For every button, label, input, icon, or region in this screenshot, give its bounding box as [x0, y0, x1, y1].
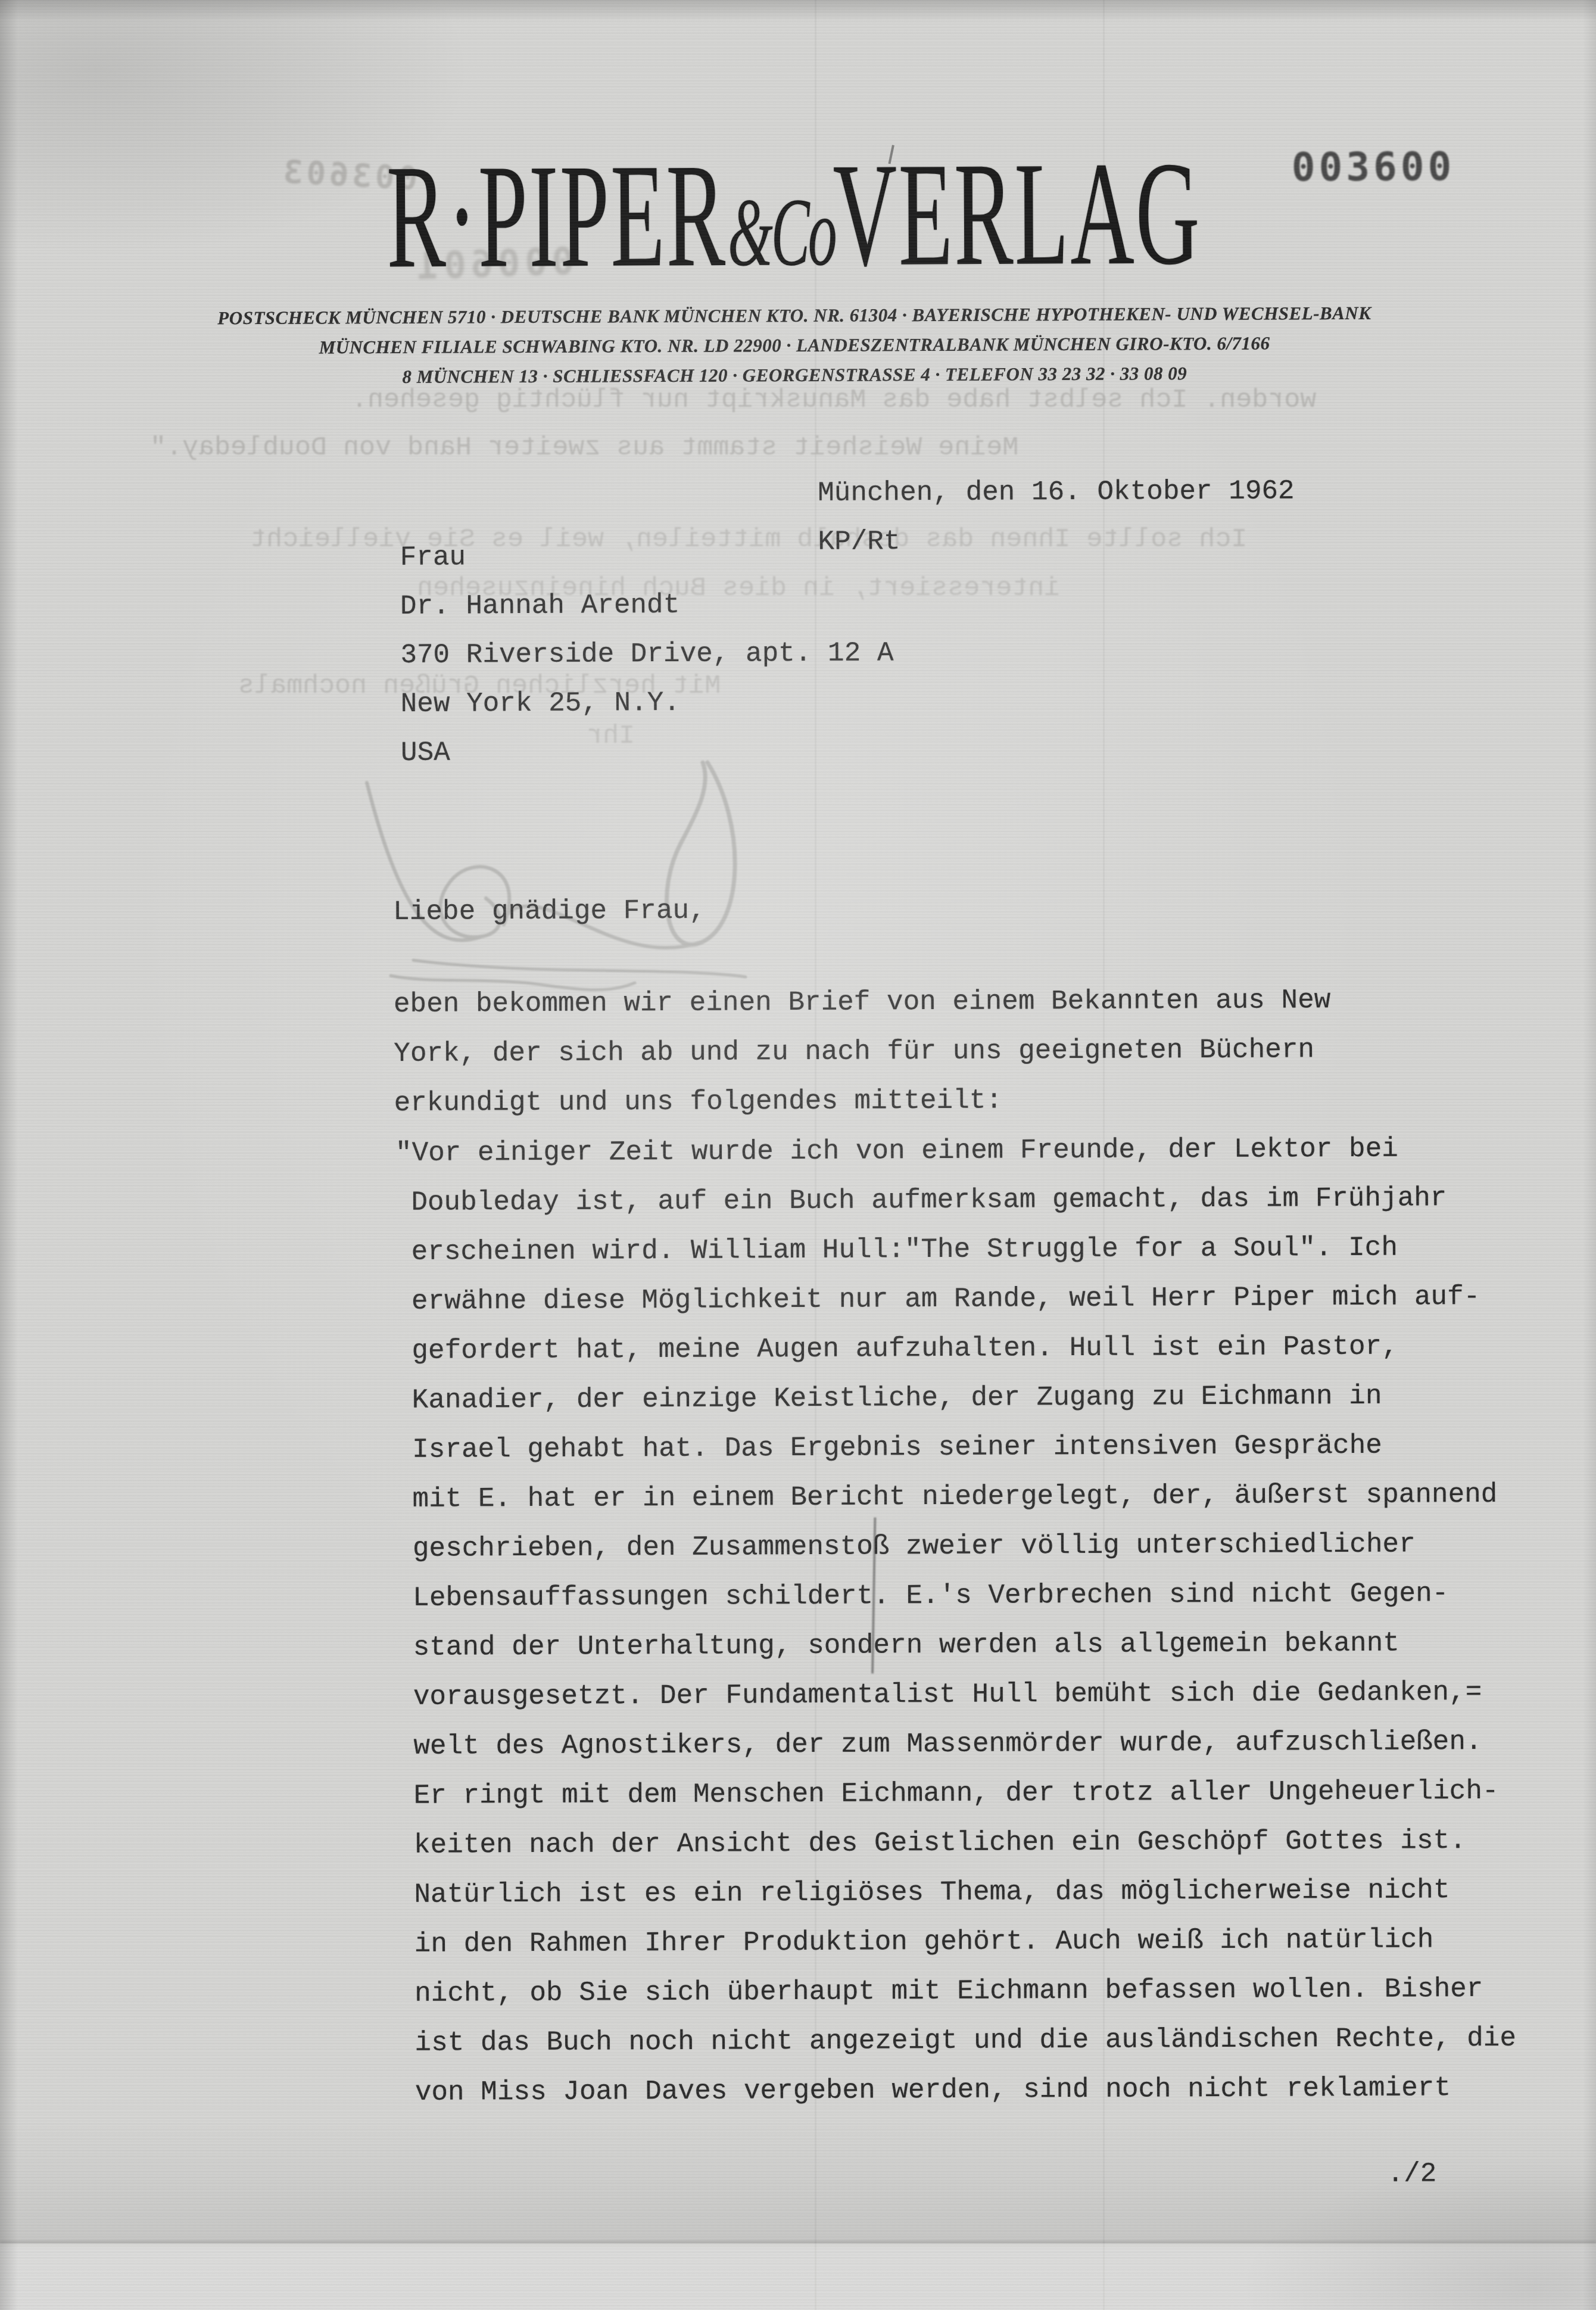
quote-line: Doubleday ist, auf ein Buch aufmerksam g…: [411, 1173, 1513, 1228]
letter-paragraph: eben bekommen wir einen Brief von einem …: [394, 976, 1332, 1128]
company-logo: R·PIPER&CoVERLAG: [386, 128, 1201, 303]
recipient-line: Frau: [400, 531, 893, 582]
stamp-number: 003600: [1292, 144, 1455, 190]
quote-line: nicht, ob Sie sich überhaupt mit Eichman…: [414, 1965, 1516, 2019]
quote-line: Lebensauffassungen schildert. E.'s Verbr…: [413, 1569, 1514, 1623]
quote-line: erwähne diese Möglichkeit nur am Rande, …: [412, 1272, 1513, 1327]
quote-line: Natürlich ist es ein religiöses Thema, d…: [414, 1866, 1516, 1920]
quote-line: mit E. hat er in einem Bericht niedergel…: [412, 1470, 1514, 1524]
recipient-line: 370 Riverside Drive, apt. 12 A: [400, 628, 893, 680]
body-line: York, der sich ab und zu nach für uns ge…: [394, 1025, 1331, 1079]
quote-line: stand der Unterhaltung, sondern werden a…: [413, 1618, 1514, 1673]
bank-line: 8 MÜNCHEN 13 · SCHLIESSFACH 120 · GEORGE…: [0, 357, 1592, 394]
logo-ampersand: &Co: [728, 177, 836, 289]
body-line: erkundigt und uns folgendes mitteilt:: [394, 1075, 1331, 1128]
logo-text: VERLAG: [833, 128, 1201, 300]
quote-line: von Miss Joan Daves vergeben werden, sin…: [415, 2063, 1517, 2118]
quote-line: gefordert hat, meine Augen aufzuhalten. …: [412, 1322, 1513, 1376]
quote-line: erscheinen wird. William Hull:"The Strug…: [412, 1223, 1513, 1277]
quote-line: geschrieben, den Zusammenstoß zweier völ…: [413, 1520, 1514, 1574]
quoted-paragraph: "Vor einiger Zeit wurde ich von einem Fr…: [411, 1124, 1517, 2118]
quote-line: keiten nach der Ansicht des Geistlichen …: [414, 1816, 1516, 1870]
quote-line: Israel gehabt hat. Das Ergebnis seiner i…: [412, 1421, 1514, 1475]
quote-line: Er ringt mit dem Menschen Eichmann, der …: [414, 1767, 1516, 1821]
quote-line: welt des Agnostikers, der zum Massenmörd…: [413, 1717, 1515, 1772]
salutation: Liebe gnädige Frau,: [393, 895, 706, 927]
quote-line: in den Rahmen Ihrer Produktion gehört. A…: [414, 1915, 1516, 1969]
recipient-line: USA: [401, 726, 894, 777]
page-continuation-marker: ./2: [1387, 2158, 1436, 2189]
recipient-line: Dr. Hannah Arendt: [400, 580, 893, 631]
body-line: eben bekommen wir einen Brief von einem …: [394, 976, 1331, 1029]
recipient-line: New York 25, N.Y.: [401, 677, 894, 729]
letter-content: R·PIPER&CoVERLAG 003600 POSTSCHECK MÜNCH…: [0, 0, 1596, 2310]
quote-line: Kanadier, der einzige Keistliche, der Zu…: [412, 1371, 1514, 1425]
letterhead-bank-info: POSTSCHECK MÜNCHEN 5710 · DEUTSCHE BANK …: [0, 297, 1592, 394]
quote-line: "Vor einiger Zeit wurde ich von einem Fr…: [395, 1124, 1513, 1178]
recipient-address: Frau Dr. Hannah Arendt 370 Riverside Dri…: [400, 531, 894, 777]
quote-line: vorausgesetzt. Der Fundamentalist Hull b…: [413, 1668, 1515, 1722]
logo-text: R·PIPER: [386, 130, 727, 303]
dateline: München, den 16. Oktober 1962: [818, 475, 1295, 508]
scanned-letter-page: worden. Ich selbst habe das Manuskript n…: [0, 0, 1596, 2310]
quote-line: ist das Buch noch nicht angezeigt und di…: [414, 2014, 1516, 2068]
